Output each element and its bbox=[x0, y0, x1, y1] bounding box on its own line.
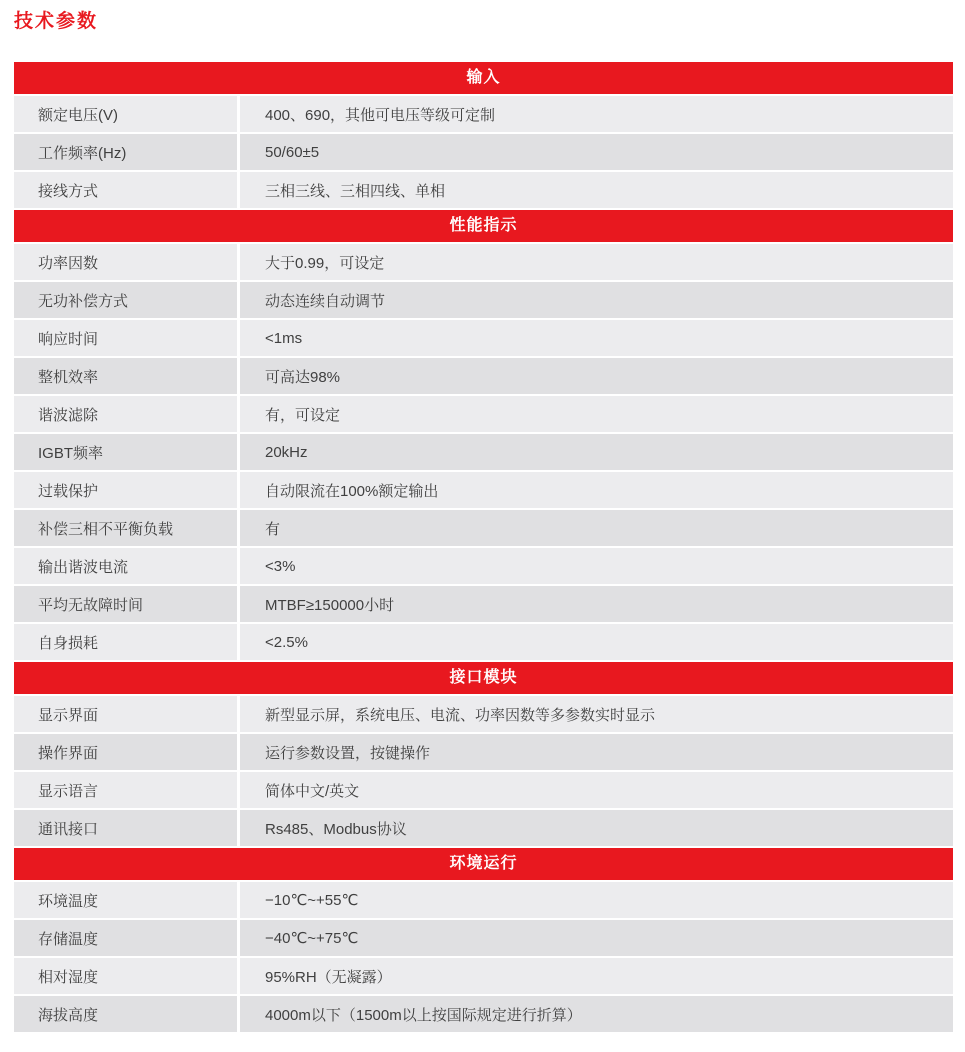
page-title: 技术参数 bbox=[14, 10, 953, 34]
row-label: 过载保护 bbox=[14, 472, 237, 508]
row-label: 平均无故障时间 bbox=[14, 586, 237, 622]
row-value: MTBF≥150000小时 bbox=[240, 586, 953, 622]
row-label: 功率因数 bbox=[14, 244, 237, 280]
row-value: Rs485、Modbus协议 bbox=[240, 810, 953, 846]
table-row: 无功补偿方式动态连续自动调节 bbox=[14, 282, 953, 318]
row-value: <2.5% bbox=[240, 624, 953, 660]
row-value: 有 bbox=[240, 510, 953, 546]
table-row: 自身损耗<2.5% bbox=[14, 624, 953, 660]
table-row: 工作频率(Hz)50/60±5 bbox=[14, 134, 953, 170]
row-label: 通讯接口 bbox=[14, 810, 237, 846]
row-label: 显示界面 bbox=[14, 696, 237, 732]
row-value: 大于0.99，可设定 bbox=[240, 244, 953, 280]
table-row: 功率因数大于0.99，可设定 bbox=[14, 244, 953, 280]
page: 技术参数 输入额定电压(V)400、690，其他可电压等级可定制工作频率(Hz)… bbox=[0, 0, 965, 1052]
row-label: IGBT频率 bbox=[14, 434, 237, 470]
row-value: 4000m以下（1500m以上按国际规定进行折算） bbox=[240, 996, 953, 1032]
table-row: 整机效率可高达98% bbox=[14, 358, 953, 394]
table-row: 谐波滤除有，可设定 bbox=[14, 396, 953, 432]
table-row: 海拔高度4000m以下（1500m以上按国际规定进行折算） bbox=[14, 996, 953, 1032]
spec-table: 输入额定电压(V)400、690，其他可电压等级可定制工作频率(Hz)50/60… bbox=[14, 62, 953, 1032]
row-label: 补偿三相不平衡负载 bbox=[14, 510, 237, 546]
section-header: 接口模块 bbox=[14, 662, 953, 694]
section-header: 性能指示 bbox=[14, 210, 953, 242]
row-label: 自身损耗 bbox=[14, 624, 237, 660]
row-label: 响应时间 bbox=[14, 320, 237, 356]
row-value: 运行参数设置，按键操作 bbox=[240, 734, 953, 770]
row-label: 整机效率 bbox=[14, 358, 237, 394]
table-row: 接线方式三相三线、三相四线、单相 bbox=[14, 172, 953, 208]
table-row: 输出谐波电流<3% bbox=[14, 548, 953, 584]
row-label: 显示语言 bbox=[14, 772, 237, 808]
row-value: −40℃~+75℃ bbox=[240, 920, 953, 956]
table-row: 环境温度−10℃~+55℃ bbox=[14, 882, 953, 918]
table-row: IGBT频率20kHz bbox=[14, 434, 953, 470]
table-row: 显示界面新型显示屏，系统电压、电流、功率因数等多参数实时显示 bbox=[14, 696, 953, 732]
row-value: 20kHz bbox=[240, 434, 953, 470]
row-value: 自动限流在100%额定输出 bbox=[240, 472, 953, 508]
row-label: 存储温度 bbox=[14, 920, 237, 956]
row-value: <3% bbox=[240, 548, 953, 584]
row-value: 95%RH（无凝露） bbox=[240, 958, 953, 994]
table-row: 补偿三相不平衡负载有 bbox=[14, 510, 953, 546]
table-row: 通讯接口Rs485、Modbus协议 bbox=[14, 810, 953, 846]
row-label: 额定电压(V) bbox=[14, 96, 237, 132]
row-value: 400、690，其他可电压等级可定制 bbox=[240, 96, 953, 132]
table-row: 额定电压(V)400、690，其他可电压等级可定制 bbox=[14, 96, 953, 132]
row-label: 输出谐波电流 bbox=[14, 548, 237, 584]
section-header: 输入 bbox=[14, 62, 953, 94]
row-value: 有，可设定 bbox=[240, 396, 953, 432]
row-value: 动态连续自动调节 bbox=[240, 282, 953, 318]
table-row: 操作界面运行参数设置，按键操作 bbox=[14, 734, 953, 770]
row-value: 简体中文/英文 bbox=[240, 772, 953, 808]
row-label: 相对湿度 bbox=[14, 958, 237, 994]
row-label: 操作界面 bbox=[14, 734, 237, 770]
section-header: 环境运行 bbox=[14, 848, 953, 880]
table-row: 响应时间<1ms bbox=[14, 320, 953, 356]
row-value: 三相三线、三相四线、单相 bbox=[240, 172, 953, 208]
row-value: −10℃~+55℃ bbox=[240, 882, 953, 918]
row-value: 新型显示屏，系统电压、电流、功率因数等多参数实时显示 bbox=[240, 696, 953, 732]
table-row: 平均无故障时间MTBF≥150000小时 bbox=[14, 586, 953, 622]
row-value: <1ms bbox=[240, 320, 953, 356]
table-row: 存储温度−40℃~+75℃ bbox=[14, 920, 953, 956]
row-label: 接线方式 bbox=[14, 172, 237, 208]
row-value: 50/60±5 bbox=[240, 134, 953, 170]
row-value: 可高达98% bbox=[240, 358, 953, 394]
table-row: 过载保护自动限流在100%额定输出 bbox=[14, 472, 953, 508]
table-row: 相对湿度95%RH（无凝露） bbox=[14, 958, 953, 994]
table-row: 显示语言简体中文/英文 bbox=[14, 772, 953, 808]
row-label: 海拔高度 bbox=[14, 996, 237, 1032]
row-label: 环境温度 bbox=[14, 882, 237, 918]
row-label: 无功补偿方式 bbox=[14, 282, 237, 318]
row-label: 工作频率(Hz) bbox=[14, 134, 237, 170]
row-label: 谐波滤除 bbox=[14, 396, 237, 432]
